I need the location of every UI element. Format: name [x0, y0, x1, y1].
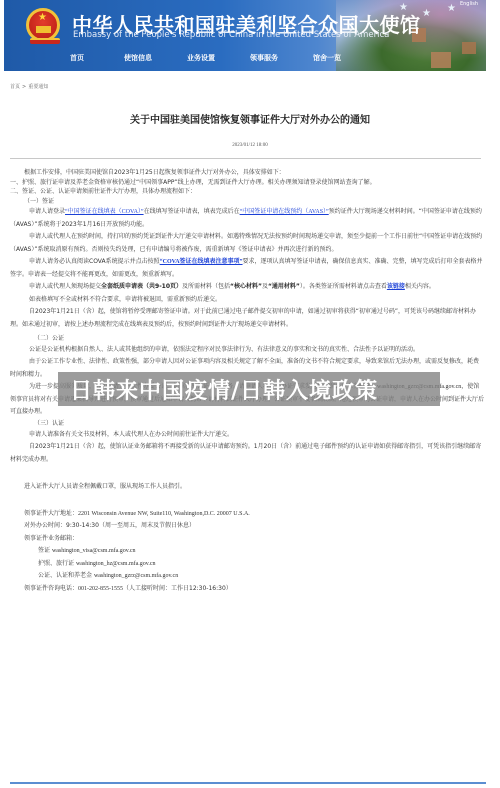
address-value: 2201 Wisconsin Avenue NW, Suite110, Wash…: [78, 511, 250, 517]
emblem-ribbon: [30, 38, 60, 44]
breadcrumb-separator: >: [22, 84, 26, 90]
site-header: ★ ★ ★ ★ 中华人民共和国驻美利坚合众国大使馆 Embassy of the…: [4, 0, 486, 71]
label: 护照、旅行证: [38, 560, 74, 567]
label: 签证: [38, 547, 50, 554]
mask-notice: 进入证件大厅人员请全程佩戴口罩，服从现场工作人员指引。: [10, 482, 484, 492]
phone-note: （人工接听时间：工作日12:30-16:30）: [123, 585, 232, 592]
star-icon: ★: [447, 3, 456, 14]
main-nav: 首页 使馆信息 业务设置 领事服务 馆舍一览: [70, 53, 376, 63]
nav-item-departments[interactable]: 业务设置: [187, 53, 215, 63]
overlay-banner: 日韩来中国疫情/日韩入境政策: [58, 372, 440, 406]
emphasis: “通用材料”: [268, 283, 300, 290]
article-title: 关于中国驻美国使馆恢复领事证件大厅对外办公的通知: [0, 111, 500, 126]
text: 申请人请登录: [29, 208, 65, 215]
emphasis: 全套纸质申请表（共9-10页）: [101, 283, 182, 290]
text: ）。各类签证所需材料请点击查看: [300, 283, 387, 290]
footer-divider: [10, 782, 486, 784]
text: 在线填写签证申请表，填表完成后在: [144, 208, 240, 215]
authentication-paragraph-1: 申请人请准备有关文书及材料，本人或代理人在办公时间前往证件大厅递交。: [10, 429, 484, 442]
email-notary: 公证、认证和养老金 washington_gzrz@csm.mfa.gov.cn: [10, 570, 484, 583]
breadcrumb-notices[interactable]: 重要通知: [28, 84, 48, 90]
authentication-paragraph-2: 自2023年1月21日（含）起，使馆认证业务邮箱将不再接受新的认证申请邮寄预约。…: [10, 441, 484, 466]
email-visa: 签证 washington_visa@csm.mfa.gov.cn: [10, 545, 484, 558]
item-1: 一、护照、旅行证申请及养老金资格审核仍通过“中国领事APP”线上办理，无需到证件…: [10, 178, 484, 188]
hours-line: 对外办公时间：9:30-14:30（周一至周五，周末及节假日休息）: [10, 520, 484, 533]
materials-link[interactable]: 该链接: [387, 283, 405, 290]
email-address[interactable]: washington_visa@csm.mfa.gov.cn: [52, 548, 136, 554]
visa-heading: （一）签证: [10, 197, 484, 207]
cova-notes-link[interactable]: “COVA签证在线填表注意事项”: [160, 259, 243, 265]
email-passport: 护照、旅行证 washington_hz@csm.mfa.gov.cn: [10, 558, 484, 571]
notary-heading: （二）公证: [10, 334, 484, 344]
nav-item-premises[interactable]: 馆舍一览: [313, 53, 341, 63]
text: 及所需材料（包括: [182, 283, 230, 290]
text: 申请人或代理人须现场提交: [29, 283, 101, 290]
label: 领事证件咨询电话：: [24, 585, 78, 592]
email-address[interactable]: washington_gzrz@csm.mfa.gov.cn: [94, 573, 178, 579]
great-wall-tower-icon: [431, 52, 451, 68]
visa-paragraph-2: 申请人或代理人在预约时间，持打印的预约凭证到证件大厅递交申请材料。如遇特殊情况无…: [10, 231, 484, 256]
spacer: [10, 492, 484, 508]
phone-line: 领事证件咨询电话：001-202-855-1555（人工接听时间：工作日12:3…: [10, 583, 484, 596]
breadcrumb: 首页>重要通知: [10, 83, 48, 90]
great-wall-tower-icon: [462, 42, 476, 54]
tiananmen-icon: [36, 26, 51, 33]
label: 领事证件大厅地址：: [24, 510, 78, 517]
label: 公证、认证和养老金: [38, 572, 92, 579]
cova-link[interactable]: “中国签证在线填表（COVA）”: [65, 209, 144, 215]
nav-item-home[interactable]: 首页: [70, 53, 84, 63]
visa-paragraph-4: 申请人或代理人须现场提交全套纸质申请表（共9-10页）及所需材料（包括“核心材料…: [10, 281, 484, 294]
english-link[interactable]: English: [460, 1, 478, 7]
visa-paragraph-1: 申请人请登录“中国签证在线填表（COVA）”在线填写签证申请表，填表完成后在“中…: [10, 206, 484, 231]
emphasis: “核心材料”: [230, 283, 262, 290]
visa-paragraph-3: 申请人请务必认真阅读COVA系统提示并点击按照“COVA签证在线填表注意事项”要…: [10, 256, 484, 281]
authentication-heading: （三）认证: [10, 419, 484, 429]
national-emblem-icon[interactable]: ★: [26, 8, 60, 42]
nav-item-consular-services[interactable]: 领事服务: [250, 53, 278, 63]
visa-paragraph-6: 自2023年1月21日（含）起，使馆将暂停受理邮寄签证申请。对于此前已通过电子邮…: [10, 306, 484, 331]
divider: [10, 158, 481, 159]
avas-link[interactable]: “中国签证申请在线预约（AVAS）”: [240, 209, 329, 215]
contact-block: 领事证件大厅地址：2201 Wisconsin Avenue NW, Suite…: [10, 508, 484, 596]
site-subtitle: Embassy of the People's Republic of Chin…: [73, 30, 389, 40]
nav-item-embassy-info[interactable]: 使馆信息: [124, 53, 152, 63]
text: 申请人请务必认真阅读COVA系统提示并点击按照: [29, 258, 160, 265]
item-2: 二、签证、公证、认证申请须前往证件大厅办理，具体办理流程如下：: [10, 187, 484, 197]
star-icon: ★: [38, 13, 47, 23]
address-line: 领事证件大厅地址：2201 Wisconsin Avenue NW, Suite…: [10, 508, 484, 521]
email-address[interactable]: washington_hz@csm.mfa.gov.cn: [76, 561, 156, 567]
intro-paragraph: 根据工作安排，中国驻美国使馆自2023年1月25日起恢复领事证件大厅对外办公，具…: [10, 168, 484, 178]
article-date: 2023/01/12 18:00: [0, 143, 500, 148]
spacer: [10, 466, 484, 482]
phone-value[interactable]: 001-202-855-1555: [78, 586, 123, 592]
text: 相关内容。: [405, 283, 435, 290]
notary-paragraph-1: 公证是公证机构根据自然人、法人或其他组织的申请，依照法定程序对民事法律行为、有法…: [10, 344, 484, 357]
hours-value: 9:30-14:30（周一至周五，周末及节假日休息）: [66, 522, 195, 529]
breadcrumb-home[interactable]: 首页: [10, 84, 20, 90]
email-label: 领事证件业务邮箱：: [10, 533, 484, 546]
visa-paragraph-5: 如表格填写不全或材料不符合要求，申请将被退回，需重新预约后递交。: [10, 294, 484, 307]
star-icon: ★: [422, 8, 431, 19]
label: 对外办公时间：: [24, 522, 66, 529]
